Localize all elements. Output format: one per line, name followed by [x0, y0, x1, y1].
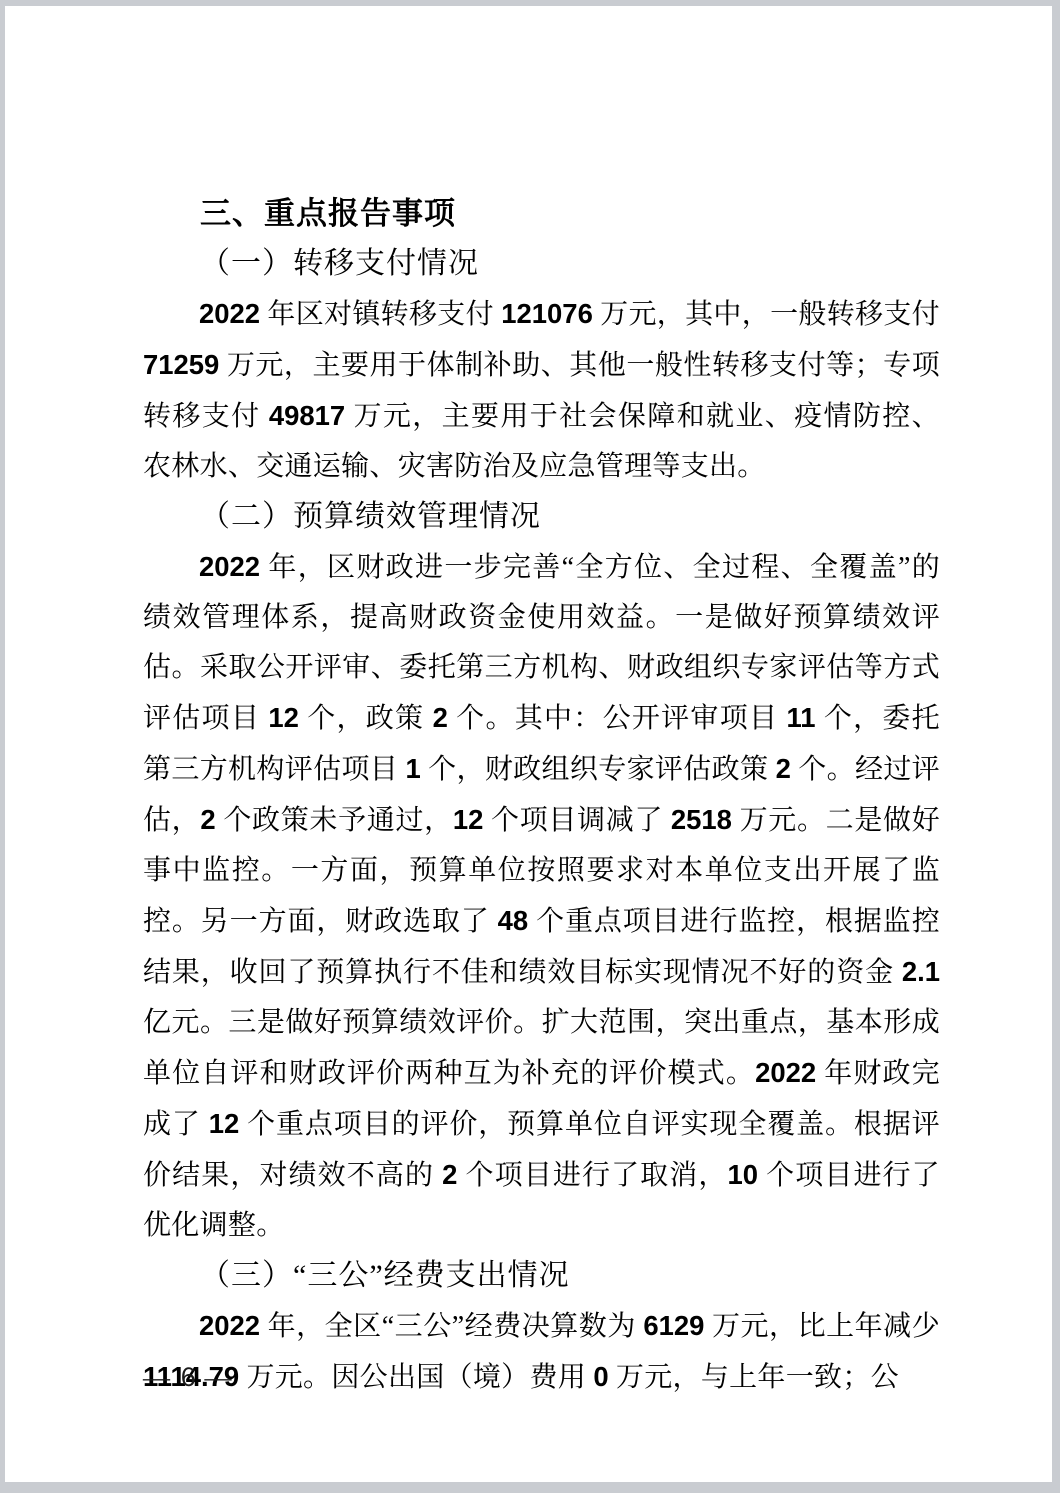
section-budget-performance: （二）预算绩效管理情况 2022 年，区财政进一步完善“全方位、全过程、全覆盖”… [143, 492, 940, 1251]
paragraph-transfer-payments: 2022 年区对镇转移支付 121076 万元，其中，一般转移支付 71259 … [143, 289, 940, 492]
section-three-public-expenses: （三）“三公”经费支出情况 2022 年，全区“三公”经费决算数为 6129 万… [143, 1251, 940, 1403]
subsection-title-three-public-expenses: （三）“三公”经费支出情况 [143, 1251, 940, 1301]
report-section-heading: 三、重点报告事项 [143, 189, 940, 239]
document-viewer-background: 三、重点报告事项 （一）转移支付情况 2022 年区对镇转移支付 121076 … [0, 0, 1060, 1493]
page-number: — 6 — [143, 1352, 234, 1402]
document-page: 三、重点报告事项 （一）转移支付情况 2022 年区对镇转移支付 121076 … [5, 6, 1052, 1482]
subsection-title-transfer-payments: （一）转移支付情况 [143, 239, 940, 289]
page-content: 三、重点报告事项 （一）转移支付情况 2022 年区对镇转移支付 121076 … [143, 189, 940, 1403]
paragraph-budget-performance: 2022 年，区财政进一步完善“全方位、全过程、全覆盖”的绩效管理体系，提高财政… [143, 542, 940, 1251]
section-transfer-payments: （一）转移支付情况 2022 年区对镇转移支付 121076 万元，其中，一般转… [143, 239, 940, 492]
paragraph-three-public-expenses: 2022 年，全区“三公”经费决算数为 6129 万元，比上年减少 1114.7… [143, 1301, 940, 1403]
subsection-title-budget-performance: （二）预算绩效管理情况 [143, 492, 940, 542]
